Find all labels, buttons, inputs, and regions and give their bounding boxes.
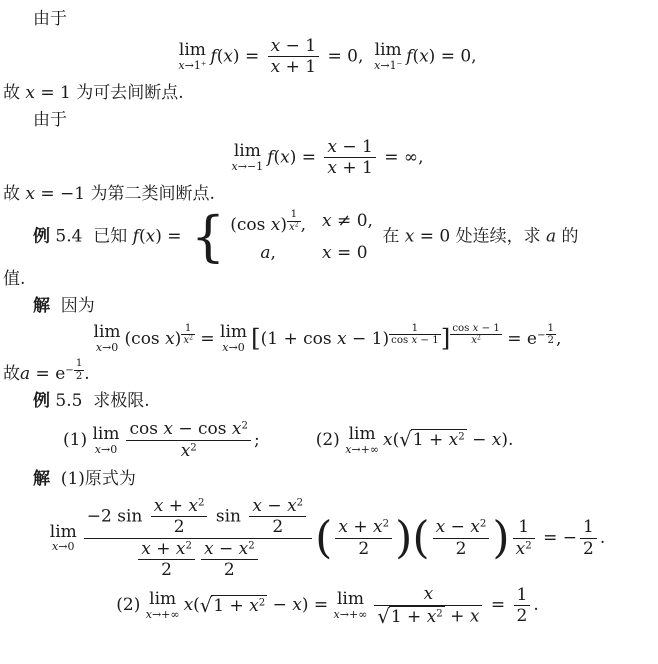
- para-removable-point: 故 x = 1 为可去间断点.: [3, 81, 652, 106]
- textbook-page: 由于 limx→1+f(x) = x − 1x + 1 = 0, limx→1−…: [0, 0, 658, 627]
- para-second-kind-point: 故 x = −1 为第二类间断点.: [3, 182, 652, 207]
- para-solution-5-4: 解 因为: [3, 294, 652, 319]
- para-since-1: 由于: [3, 7, 652, 32]
- formula-problems-1-2: (1) limx→0cos x − cos x2x2;(2) limx→+∞x(…: [3, 419, 652, 461]
- para-zhi: 值.: [3, 267, 652, 292]
- para-since-2: 由于: [3, 108, 652, 133]
- para-example-5-5: 例 5.5 求极限.: [3, 389, 652, 414]
- formula-problem2-solution: (2) limx→+∞x(√1 + x2 − x) = limx→+∞x√1 +…: [3, 584, 652, 627]
- para-solution-5-5: 解 (1)原式为: [3, 467, 652, 492]
- formula-big-fraction: limx→0−2 sin x + x22 sin x − x22x + x22x…: [3, 496, 652, 581]
- para-a-value: 故a = e−12.: [3, 358, 652, 386]
- formula-one-sided-limits: limx→1+f(x) = x − 1x + 1 = 0, limx→1−f(x…: [3, 36, 652, 78]
- para-example-5-4: 例 5.4 已知 f(x) = {(cos x)1x2,x ≠ 0,a,x = …: [3, 209, 652, 265]
- formula-limit-neg1: limx→−1f(x) = x − 1x + 1 = ∞,: [3, 137, 652, 179]
- formula-cos-limit: limx→0(cos x)1x2 = limx→0[(1 + cos x − 1…: [3, 323, 652, 355]
